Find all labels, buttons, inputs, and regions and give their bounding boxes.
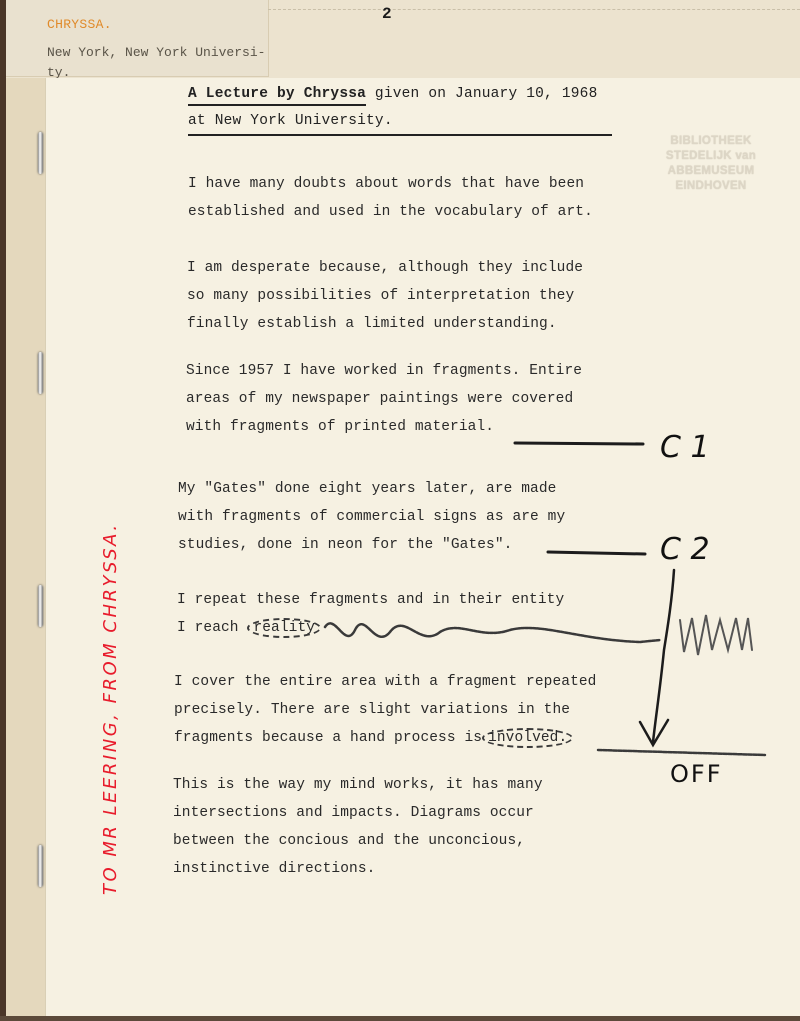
paragraph-7: This is the way my mind works, it has ma… bbox=[173, 771, 543, 883]
lecture-title-underlined: A Lecture by Chryssa bbox=[188, 86, 366, 106]
staple-icon bbox=[38, 585, 43, 627]
paragraph-3: Since 1957 I have worked in fragments. E… bbox=[186, 357, 582, 441]
text-line: established and used in the vocabulary o… bbox=[188, 198, 593, 226]
text-line: with fragments of printed material. bbox=[186, 413, 582, 441]
circled-word-reality: reality bbox=[247, 618, 321, 638]
text-fragment: I reach bbox=[177, 620, 239, 636]
paragraph-1: I have many doubts about words that have… bbox=[188, 170, 593, 226]
handwritten-c2: C 2 bbox=[660, 532, 710, 567]
lecture-title-line-1: A Lecture by Chryssa given on January 10… bbox=[188, 86, 597, 102]
text-line: precisely. There are slight variations i… bbox=[174, 696, 596, 724]
text-line: I cover the entire area with a fragment … bbox=[174, 668, 596, 696]
paragraph-6: I cover the entire area with a fragment … bbox=[174, 668, 596, 752]
catalog-label-card: CHRYSSA. New York, New York Universi-ty. bbox=[6, 0, 269, 77]
text-line: This is the way my mind works, it has ma… bbox=[173, 771, 543, 799]
stamp-line-2: STEDELIJK van ABBEMUSEUM bbox=[622, 149, 800, 179]
handwritten-off: OFF bbox=[670, 760, 723, 788]
back-sheet-dashed-line bbox=[268, 9, 800, 11]
text-line: I am desperate because, although they in… bbox=[187, 254, 583, 282]
text-line: intersections and impacts. Diagrams occu… bbox=[173, 799, 543, 827]
handwritten-c1: C 1 bbox=[660, 430, 710, 465]
text-line: so many possibilities of interpretation … bbox=[187, 282, 583, 310]
title-underline bbox=[188, 134, 612, 136]
lecture-title-line-2: at New York University. bbox=[188, 113, 393, 129]
page-number: 2 bbox=[382, 5, 392, 23]
scan-bottom-edge bbox=[0, 1016, 800, 1021]
text-line: I have many doubts about words that have… bbox=[188, 170, 593, 198]
text-line: between the concious and the unconcious, bbox=[173, 827, 543, 855]
stamp-line-1: BIBLIOTHEEK bbox=[622, 134, 800, 149]
paragraph-2: I am desperate because, although they in… bbox=[187, 254, 583, 338]
staple-icon bbox=[38, 352, 43, 394]
margin-dedication-note: TO MR LEERING, FROM CHRYSSA. bbox=[100, 522, 121, 895]
text-line: Since 1957 I have worked in fragments. E… bbox=[186, 357, 582, 385]
stamp-line-3: EINDHOVEN bbox=[622, 179, 800, 194]
text-line: I reach reality bbox=[177, 614, 564, 642]
text-fragment: fragments because a hand process is bbox=[174, 730, 482, 746]
text-line: I repeat these fragments and in their en… bbox=[177, 586, 564, 614]
text-line: My "Gates" done eight years later, are m… bbox=[178, 475, 565, 503]
library-stamp: BIBLIOTHEEK STEDELIJK van ABBEMUSEUM EIN… bbox=[622, 134, 800, 194]
text-line: areas of my newspaper paintings were cov… bbox=[186, 385, 582, 413]
paragraph-5: I repeat these fragments and in their en… bbox=[177, 586, 564, 642]
staple-icon bbox=[38, 845, 43, 887]
paragraph-4: My "Gates" done eight years later, are m… bbox=[178, 475, 565, 559]
text-line: finally establish a limited understandin… bbox=[187, 310, 583, 338]
text-line: studies, done in neon for the "Gates". bbox=[178, 531, 565, 559]
text-line: with fragments of commercial signs as ar… bbox=[178, 503, 565, 531]
catalog-label-place: New York, New York Universi-ty. bbox=[47, 43, 277, 83]
text-line: instinctive directions. bbox=[173, 855, 543, 883]
lecture-title-bold: A Lecture by Chryssa bbox=[188, 86, 366, 102]
text-line: fragments because a hand process isinvol… bbox=[174, 724, 596, 752]
circled-word-involved: involved. bbox=[482, 728, 573, 748]
lecture-title-date: given on January 10, 1968 bbox=[366, 86, 597, 102]
staple-icon bbox=[38, 132, 43, 174]
catalog-label-name: CHRYSSA. bbox=[47, 17, 112, 32]
